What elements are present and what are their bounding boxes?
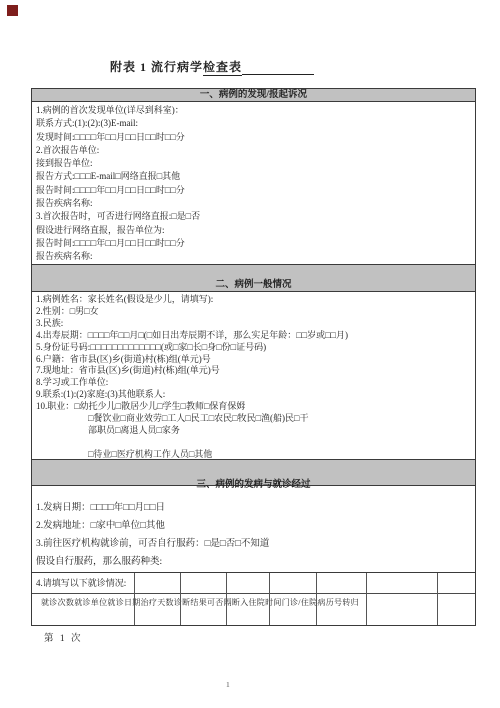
form-line: 3.前往医疗机构就诊前，可否自行服药：□是□否□不知道 [36,535,475,553]
form-line: 接到报告单位: [36,157,475,170]
red-square-marker [7,5,18,16]
form-line: 3.首次报告时，可否进行网络直报:□是□否 [36,210,475,223]
section-heading: 一、病例的发现/报起诉况 [200,90,307,100]
form-line: 假设进行网络直报，报告单位为: [36,224,475,237]
section-heading: 三、病例的发病与就诊经过 [32,476,475,490]
visits-table-caption-row: 4.请填写以下就诊情况: [32,573,475,594]
column-divider [226,573,227,625]
visit-number-label: 第 1 次 [44,630,83,644]
form-line: 2.发病地址：□家中□单位□其他 [36,517,475,535]
column-divider [366,573,367,625]
document-title: 附表 1 流行病学检查表 [110,58,314,75]
section-1-header: 一、病例的发现/报起诉况 [32,89,475,102]
form-line: 7.现地址：省市县(区)乡(街道)村(栋)组(单元)号 [36,365,475,377]
title-fill-in-line [242,62,314,75]
section-3-header: 三、病例的发病与就诊经过 [32,460,475,486]
form-line: 报告方式:□□□E-mail□网络直报□其他 [36,170,475,183]
column-divider [316,573,317,625]
form-line: 部职员□离退人员□家务 [88,425,475,437]
section-2-header: 二、病例一般情况 [32,265,475,292]
form-line: 4.出寿辰期：□□□□年□□月□(□如日出寿辰期不详，那么实足年龄：□□岁或□□… [36,330,475,342]
form-line-blank [36,437,475,449]
form-line: 联系方式:(1):(2):(3)E-mail: [36,117,475,130]
form-line: 6.户籍：省市县(区)乡(街道)村(栋)组(单元)号 [36,354,475,366]
form-line: 发现时间:□□□□年□□月□□日□□时□□分 [36,131,475,144]
form-line: 2.性别：□男□女 [36,306,475,318]
column-divider [269,573,270,625]
column-divider [134,573,135,625]
form-line: 报告疾病名称: [36,250,475,263]
visits-table-header-row: 就诊次数就诊单位就诊日期治疗天数诊断结果可否隔断入住院时间门诊/住院病历号转归 [32,594,475,625]
form-line: 9.联系:(1):(2)家庭:(3)其他联系人: [36,389,475,401]
form-line: 8.学习或工作单位: [36,377,475,389]
page-number: 1 [226,680,230,689]
visits-table: 4.请填写以下就诊情况: 就诊次数就诊单位就诊日期治疗天数诊断结果可否隔断入住院… [32,573,475,625]
form-line: 1.病例的首次发现单位(详尽到科室)： [36,104,475,117]
column-divider [180,573,181,625]
column-divider [437,573,438,625]
visits-table-caption: 4.请填写以下就诊情况: [36,578,126,588]
form-line: 报告时间:□□□□年□□月□□日□□时□□分 [36,184,475,197]
form-line: 5.身份证号码:□□□□□□□□□□□□□(或□家□长□身□份□证号码) [36,342,475,354]
section-2-body: 1.病例姓名：家长姓名(假设是少儿，请填写): 2.性别：□男□女 3.民族: … [32,292,475,460]
form-line: 10.职业：□幼托少儿□散居少儿□学生□教师□保育保姆 [36,401,475,413]
epidemiology-form-table: 一、病例的发现/报起诉况 1.病例的首次发现单位(详尽到科室)： 联系方式:(1… [31,88,476,626]
form-line: 假设自行服药，那么服药种类: [36,553,475,571]
form-line: 2.首次报告单位: [36,144,475,157]
visits-table-header-text: 就诊次数就诊单位就诊日期治疗天数诊断结果可否隔断入住院时间门诊/住院病历号转归 [41,597,359,608]
form-line: 报告疾病名称: [36,197,475,210]
form-line: □餐饮业□商业效劳□工人□民工□农民□牧民□渔(船)民□干 [88,413,475,425]
section-1-body: 1.病例的首次发现单位(详尽到科室)： 联系方式:(1):(2):(3)E-ma… [32,102,475,265]
section-3-body: 1.发病日期：□□□□年□□月□□日 2.发病地址：□家中□单位□其他 3.前往… [32,486,475,573]
form-line: 报告时间:□□□□年□□月□□日□□时□□分 [36,237,475,250]
form-line: 1.病例姓名：家长姓名(假设是少儿，请填写): [36,294,475,306]
form-line: 1.发病日期：□□□□年□□月□□日 [36,499,475,517]
document-title-underlined: 检查表 [203,60,242,76]
form-line: 3.民族: [36,318,475,330]
form-line: □待业□医疗机构工作人员□其他 [88,449,475,461]
section-heading: 二、病例一般情况 [215,280,291,290]
document-title-text: 附表 1 流行病学 [110,60,203,74]
